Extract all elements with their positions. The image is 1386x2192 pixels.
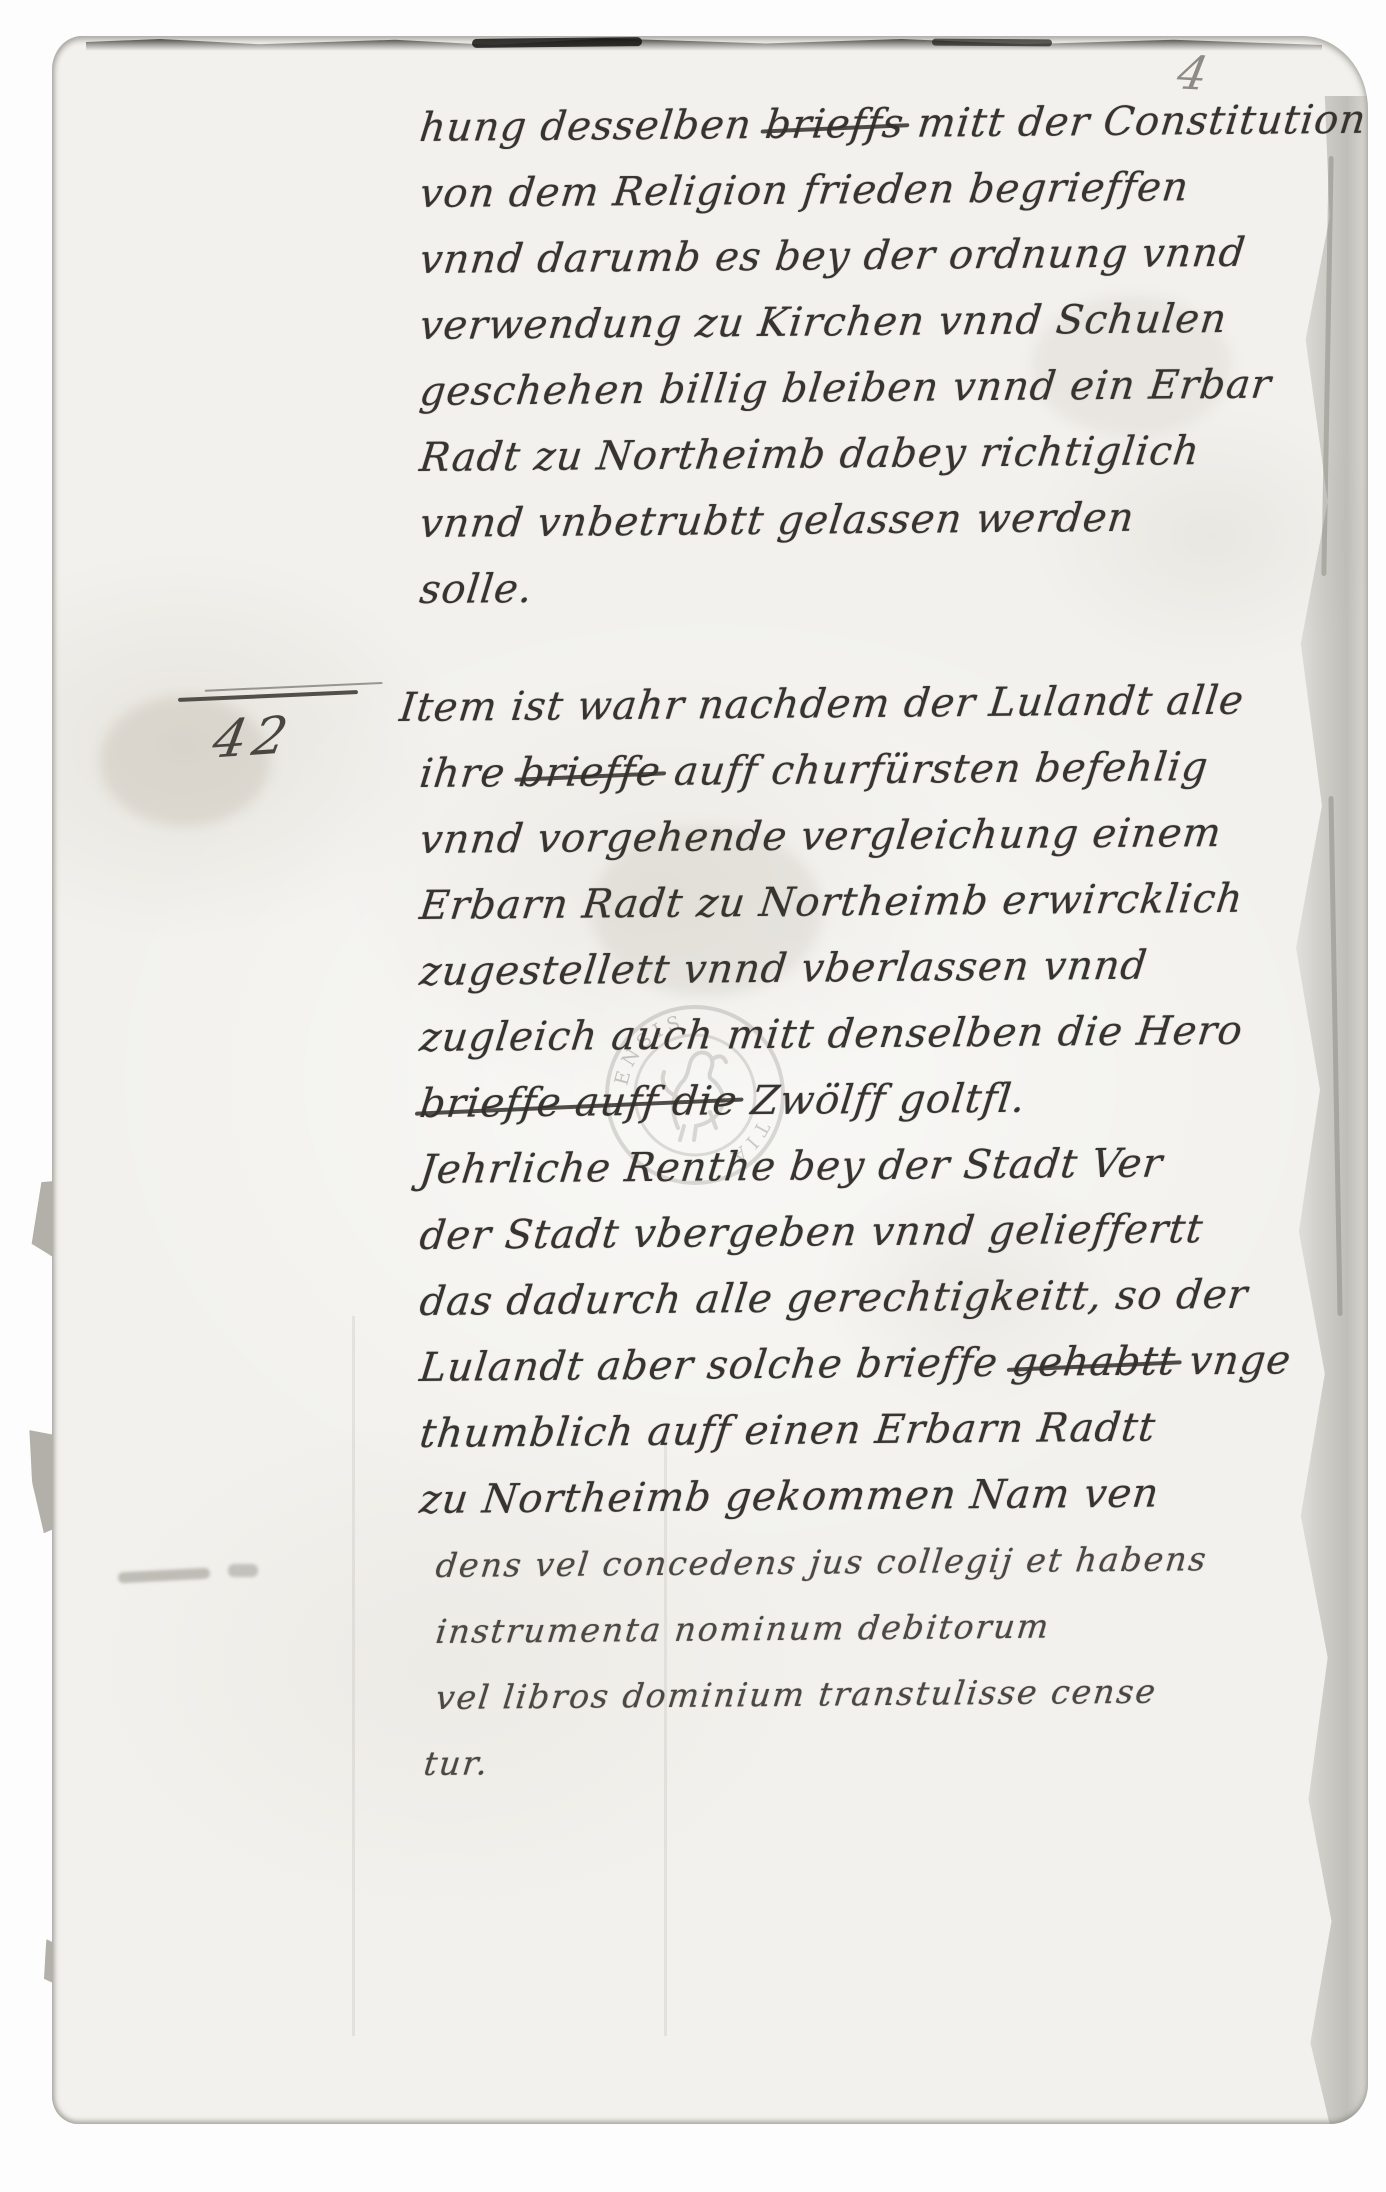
manuscript-line: Jehrliche Renthe bey der Stadt Ver	[416, 1132, 1166, 1202]
manuscript-line: Item ist wahr nachdem der Lulandt alle	[396, 669, 1247, 740]
manuscript-line: vel libros dominium transtulisse cense	[432, 1660, 1160, 1730]
manuscript-line: vnnd vorgehende vergleichung einem	[416, 801, 1225, 872]
manuscript-line: zugleich auch mitt denselben die Hero	[416, 999, 1246, 1070]
manuscript-line: verwendung zu Kirchen vnnd Schulen	[416, 287, 1230, 358]
manuscript-line: solle.	[416, 557, 536, 622]
manuscript-line: zu Northeimb gekommen Nam ven	[416, 1462, 1163, 1532]
manuscript-line: hung desselben brieffs mitt der Constitu…	[416, 88, 1370, 160]
manuscript-line: dens vel concedens jus collegij et haben…	[432, 1527, 1211, 1598]
text-block: hung desselben brieffs mitt der Constitu…	[0, 0, 1386, 2192]
manuscript-line: zugestellett vnnd vberlassen vnnd	[416, 934, 1151, 1004]
manuscript-line: instrumenta nominum debitorum	[432, 1595, 1054, 1664]
manuscript-line: Lulandt aber solche brieffe gehabtt vnge	[416, 1328, 1294, 1400]
manuscript-line: thumblich auff einen Erbarn Radtt	[416, 1396, 1159, 1466]
manuscript-line: vnnd vnbetrubtt gelassen werden	[416, 486, 1138, 556]
manuscript-line: von dem Religion frieden begrieffen	[416, 155, 1192, 226]
manuscript-line: Erbarn Radt zu Northeimb erwircklich	[416, 867, 1246, 938]
manuscript-line: das dadurch alle gerechtigkeitt, so der	[416, 1263, 1251, 1334]
manuscript-page: ENSIS TIA 4 42 hung desselben brieffs mi…	[0, 0, 1386, 2192]
manuscript-line: geschehen billig bleiben vnnd ein Erbar	[416, 353, 1275, 424]
manuscript-line: tur.	[420, 1731, 493, 1796]
manuscript-line: Radt zu Northeimb dabey richtiglich	[416, 419, 1203, 490]
manuscript-line: der Stadt vbergeben vnnd gelieffertt	[416, 1197, 1206, 1268]
manuscript-line: ihre brieffe auff churfürsten befehlig	[416, 735, 1212, 806]
manuscript-line: brieffe auff die Zwölff goltfl.	[416, 1067, 1029, 1136]
manuscript-line: vnnd darumb es bey der ordnung vnnd	[416, 221, 1249, 292]
